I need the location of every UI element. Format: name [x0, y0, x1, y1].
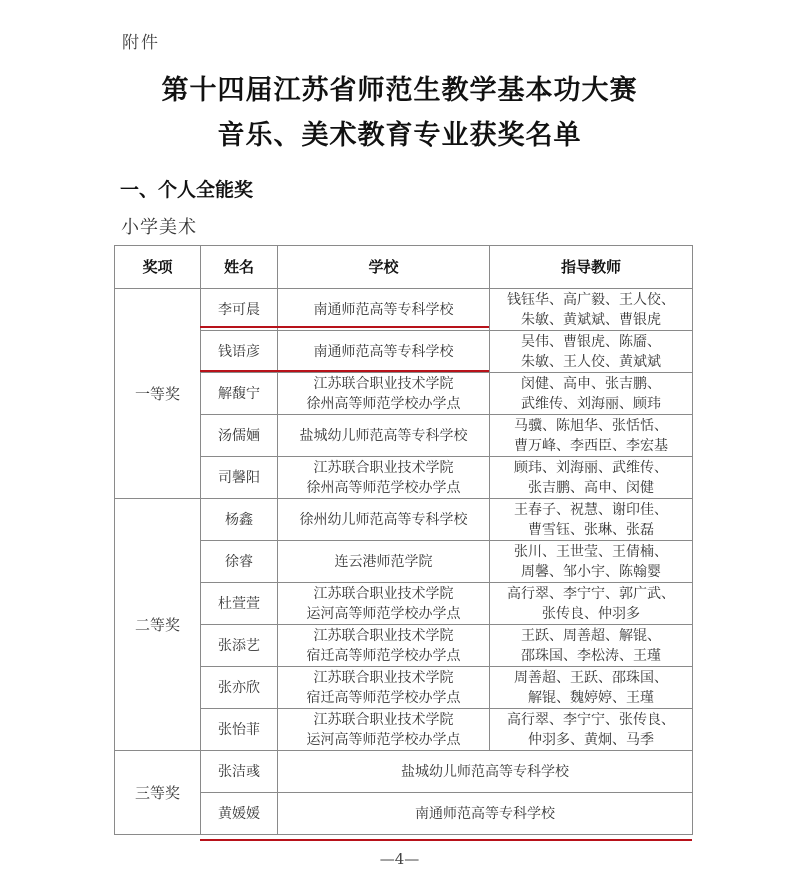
- advisors-line: 钱钰华、高广毅、王人佼、: [490, 290, 692, 310]
- highlight-underline: [200, 839, 692, 841]
- header-school: 学校: [278, 246, 490, 289]
- advisors-line: 王春子、祝慧、谢印佳、: [490, 500, 692, 520]
- name-cell: 黄媛媛: [201, 793, 278, 835]
- school-line: 宿迁高等师范学校办学点: [278, 688, 489, 708]
- advisors-cell: 高行翠、李宁宁、张传良、仲羽多、黄炯、马季: [490, 709, 693, 751]
- name-cell: 解馥宁: [201, 373, 278, 415]
- table-row: 三等奖 张洁彧 盐城幼儿师范高等专科学校: [115, 751, 693, 793]
- advisors-cell: 钱钰华、高广毅、王人佼、朱敏、黄斌斌、曹银虎: [490, 289, 693, 331]
- advisors-line: 朱敏、王人佼、黄斌斌: [490, 352, 692, 372]
- name-cell: 徐睿: [201, 541, 278, 583]
- award-level-cell: 一等奖: [115, 289, 201, 499]
- advisors-line: 闵健、高申、张吉鹏、: [490, 374, 692, 394]
- school-cell: 江苏联合职业技术学院宿迁高等师范学校办学点: [278, 667, 490, 709]
- advisors-line: 马骥、陈旭华、张恬恬、: [490, 416, 692, 436]
- advisors-cell: 闵健、高申、张吉鹏、武维传、刘海丽、顾玮: [490, 373, 693, 415]
- school-line: 宿迁高等师范学校办学点: [278, 646, 489, 666]
- name-cell: 张亦欣: [201, 667, 278, 709]
- advisors-line: 张传良、仲羽多: [490, 604, 692, 624]
- advisors-line: 高行翠、李宁宁、郭广武、: [490, 584, 692, 604]
- document-title-line2: 音乐、美术教育专业获奖名单: [0, 113, 799, 152]
- advisors-line: 高行翠、李宁宁、张传良、: [490, 710, 692, 730]
- school-line: 徐州高等师范学校办学点: [278, 478, 489, 498]
- advisors-line: 张川、王世莹、王倩楠、: [490, 542, 692, 562]
- school-cell: 江苏联合职业技术学院运河高等师范学校办学点: [278, 583, 490, 625]
- highlight-underline: [200, 370, 489, 372]
- name-cell: 李可晨: [201, 289, 278, 331]
- school-line: 徐州高等师范学校办学点: [278, 394, 489, 414]
- advisors-cell: 吴伟、曹银虎、陈靥、朱敏、王人佼、黄斌斌: [490, 331, 693, 373]
- table-row: 黄媛媛 南通师范高等专科学校: [115, 793, 693, 835]
- school-cell: 江苏联合职业技术学院徐州高等师范学校办学点: [278, 373, 490, 415]
- name-cell: 张洁彧: [201, 751, 278, 793]
- school-line: 江苏联合职业技术学院: [278, 584, 489, 604]
- table-row: 二等奖 杨鑫 徐州幼儿师范高等专科学校 王春子、祝慧、谢印佳、曹雪钰、张琳、张磊: [115, 499, 693, 541]
- table-row: 张添艺 江苏联合职业技术学院宿迁高等师范学校办学点 王跃、周善超、解锟、邵珠国、…: [115, 625, 693, 667]
- name-cell: 杜萱萱: [201, 583, 278, 625]
- advisors-line: 邵珠国、李松涛、王瑾: [490, 646, 692, 666]
- name-cell: 汤儒婳: [201, 415, 278, 457]
- school-cell: 江苏联合职业技术学院徐州高等师范学校办学点: [278, 457, 490, 499]
- advisors-cell: 顾玮、刘海丽、武维传、张吉鹏、高申、闵健: [490, 457, 693, 499]
- advisors-line: 顾玮、刘海丽、武维传、: [490, 458, 692, 478]
- table-row: 解馥宁 江苏联合职业技术学院徐州高等师范学校办学点 闵健、高申、张吉鹏、武维传、…: [115, 373, 693, 415]
- advisors-cell: 周善超、王跃、邵珠国、解锟、魏婷婷、王瑾: [490, 667, 693, 709]
- name-cell: 杨鑫: [201, 499, 278, 541]
- school-cell: 盐城幼儿师范高等专科学校: [278, 415, 490, 457]
- table-row: 张亦欣 江苏联合职业技术学院宿迁高等师范学校办学点 周善超、王跃、邵珠国、解锟、…: [115, 667, 693, 709]
- advisors-cell: 张川、王世莹、王倩楠、周馨、邹小宇、陈翰婴: [490, 541, 693, 583]
- award-level-cell: 三等奖: [115, 751, 201, 835]
- header-advisors: 指导教师: [490, 246, 693, 289]
- advisors-line: 曹万峰、李西臣、李宏基: [490, 436, 692, 456]
- highlight-underline: [200, 326, 489, 328]
- advisors-line: 朱敏、黄斌斌、曹银虎: [490, 310, 692, 330]
- advisors-line: 仲羽多、黄炯、马季: [490, 730, 692, 750]
- table-row: 钱语彦 南通师范高等专科学校 吴伟、曹银虎、陈靥、朱敏、王人佼、黄斌斌: [115, 331, 693, 373]
- attachment-label: 附件: [122, 28, 160, 53]
- name-cell: 司馨阳: [201, 457, 278, 499]
- table-row: 司馨阳 江苏联合职业技术学院徐州高等师范学校办学点 顾玮、刘海丽、武维传、张吉鹏…: [115, 457, 693, 499]
- table-header-row: 奖项 姓名 学校 指导教师: [115, 246, 693, 289]
- school-cell: 徐州幼儿师范高等专科学校: [278, 499, 490, 541]
- advisors-line: 王跃、周善超、解锟、: [490, 626, 692, 646]
- header-award-level: 奖项: [115, 246, 201, 289]
- school-cell: 江苏联合职业技术学院宿迁高等师范学校办学点: [278, 625, 490, 667]
- school-cell: 南通师范高等专科学校: [278, 289, 490, 331]
- school-cell-merged: 南通师范高等专科学校: [278, 793, 693, 835]
- document-title-line1: 第十四届江苏省师范生教学基本功大赛: [0, 68, 799, 107]
- school-cell: 江苏联合职业技术学院运河高等师范学校办学点: [278, 709, 490, 751]
- table-row: 一等奖 李可晨 南通师范高等专科学校 钱钰华、高广毅、王人佼、朱敏、黄斌斌、曹银…: [115, 289, 693, 331]
- name-cell: 张怡菲: [201, 709, 278, 751]
- advisors-line: 吴伟、曹银虎、陈靥、: [490, 332, 692, 352]
- table-row: 徐睿 连云港师范学院 张川、王世莹、王倩楠、周馨、邹小宇、陈翰婴: [115, 541, 693, 583]
- advisors-cell: 高行翠、李宁宁、郭广武、张传良、仲羽多: [490, 583, 693, 625]
- advisors-cell: 马骥、陈旭华、张恬恬、曹万峰、李西臣、李宏基: [490, 415, 693, 457]
- advisors-line: 曹雪钰、张琳、张磊: [490, 520, 692, 540]
- table-row: 张怡菲 江苏联合职业技术学院运河高等师范学校办学点 高行翠、李宁宁、张传良、仲羽…: [115, 709, 693, 751]
- awards-table: 奖项 姓名 学校 指导教师 一等奖 李可晨 南通师范高等专科学校 钱钰华、高广毅…: [114, 245, 693, 835]
- header-name: 姓名: [201, 246, 278, 289]
- advisors-cell: 王春子、祝慧、谢印佳、曹雪钰、张琳、张磊: [490, 499, 693, 541]
- page-number: —4—: [0, 850, 799, 868]
- school-line: 运河高等师范学校办学点: [278, 604, 489, 624]
- section-heading: 一、个人全能奖: [120, 175, 253, 202]
- school-line: 江苏联合职业技术学院: [278, 374, 489, 394]
- subsection-heading: 小学美术: [121, 213, 197, 239]
- advisors-line: 张吉鹏、高申、闵健: [490, 478, 692, 498]
- advisors-line: 解锟、魏婷婷、王瑾: [490, 688, 692, 708]
- name-cell: 钱语彦: [201, 331, 278, 373]
- school-line: 运河高等师范学校办学点: [278, 730, 489, 750]
- advisors-line: 周善超、王跃、邵珠国、: [490, 668, 692, 688]
- advisors-line: 武维传、刘海丽、顾玮: [490, 394, 692, 414]
- advisors-cell: 王跃、周善超、解锟、邵珠国、李松涛、王瑾: [490, 625, 693, 667]
- school-cell: 连云港师范学院: [278, 541, 490, 583]
- school-line: 江苏联合职业技术学院: [278, 458, 489, 478]
- table-row: 杜萱萱 江苏联合职业技术学院运河高等师范学校办学点 高行翠、李宁宁、郭广武、张传…: [115, 583, 693, 625]
- school-line: 江苏联合职业技术学院: [278, 626, 489, 646]
- advisors-line: 周馨、邹小宇、陈翰婴: [490, 562, 692, 582]
- school-line: 江苏联合职业技术学院: [278, 710, 489, 730]
- school-cell: 南通师范高等专科学校: [278, 331, 490, 373]
- table-row: 汤儒婳 盐城幼儿师范高等专科学校 马骥、陈旭华、张恬恬、曹万峰、李西臣、李宏基: [115, 415, 693, 457]
- school-cell-merged: 盐城幼儿师范高等专科学校: [278, 751, 693, 793]
- award-level-cell: 二等奖: [115, 499, 201, 751]
- school-line: 江苏联合职业技术学院: [278, 668, 489, 688]
- name-cell: 张添艺: [201, 625, 278, 667]
